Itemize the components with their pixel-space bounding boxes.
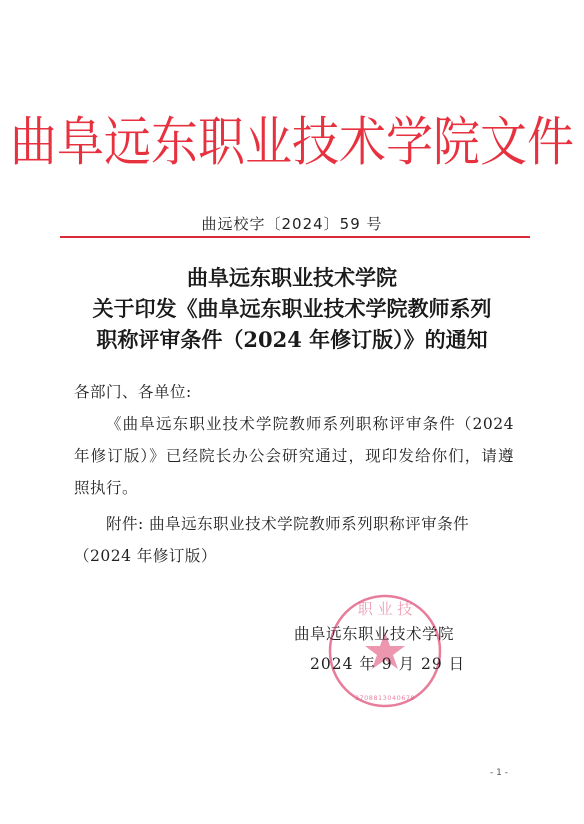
title-line-1: 曲阜远东职业技术学院: [0, 262, 584, 293]
attachment-note: 附件: 曲阜远东职业技术学院教师系列职称评审条件（2024 年修订版）: [74, 508, 514, 572]
red-divider: [60, 236, 530, 238]
page-number: - 1 -: [490, 768, 508, 778]
body-paragraph: 《曲阜远东职业技术学院教师系列职称评审条件（2024 年修订版）》已经院长办公会…: [74, 408, 514, 504]
signing-date: 2024 年 9 月 29 日: [310, 652, 465, 674]
notice-title: 曲阜远东职业技术学院 关于印发《曲阜远东职业技术学院教师系列 职称评审条件（20…: [0, 262, 584, 355]
svg-text:3708813040678: 3708813040678: [355, 694, 415, 702]
signer-organization: 曲阜远东职业技术学院: [294, 622, 454, 644]
masthead-title: 曲阜远东职业技术学院文件: [0, 104, 584, 182]
title-line-3: 职称评审条件（2024 年修订版）》的通知: [0, 324, 584, 355]
title-line-2: 关于印发《曲阜远东职业技术学院教师系列: [0, 293, 584, 324]
salutation: 各部门、各单位:: [74, 376, 514, 408]
svg-text:职 业 技: 职 业 技: [358, 600, 413, 618]
document-number: 曲远校字〔2024〕59 号: [0, 213, 584, 234]
official-seal-icon: 职 业 技 3708813040678: [326, 592, 444, 710]
